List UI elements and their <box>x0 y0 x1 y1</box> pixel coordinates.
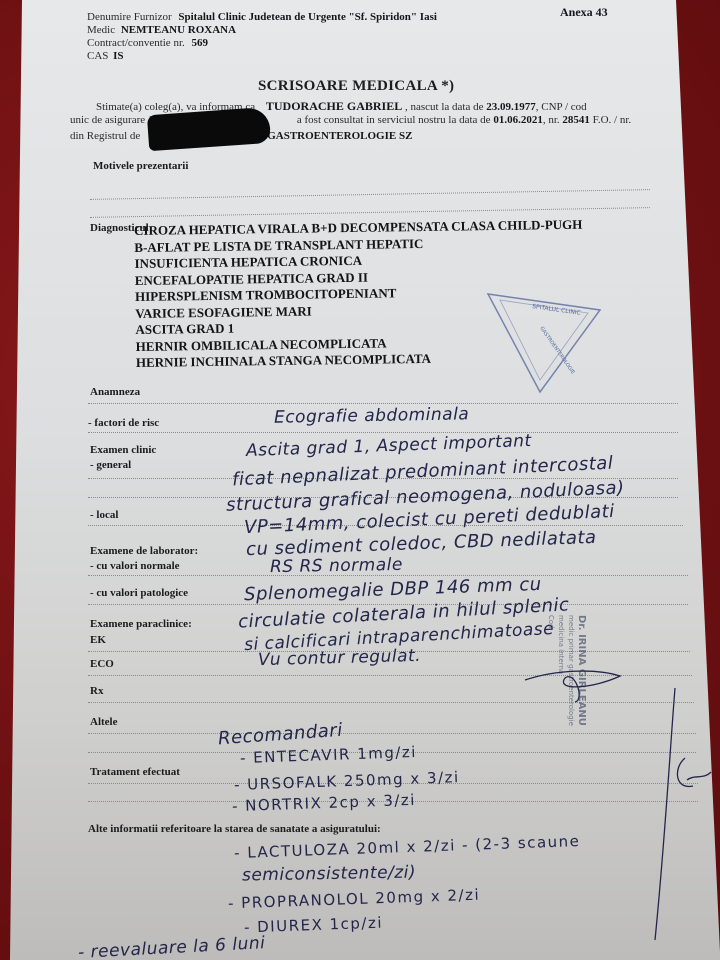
label-general: - general <box>90 459 131 471</box>
label-factori-risc: - factori de risc <box>88 417 159 429</box>
dotted-line <box>88 432 678 433</box>
dotted-line <box>90 189 650 200</box>
annex-label: Anexa 43 <box>560 5 608 20</box>
label-laborator: Examene de laborator: <box>90 545 198 557</box>
intro-text: din Registrul de <box>70 130 140 142</box>
label-rx: Rx <box>90 685 103 697</box>
document-title: SCRISOARE MEDICALA *) <box>258 78 454 95</box>
handwriting-ek: Vu contur regulat. <box>258 646 422 670</box>
handwriting-rx-2: - URSOFALK 250mg x 3/zi <box>234 768 460 794</box>
label-valori-normale: - cu valori normale <box>90 560 180 572</box>
label-motivele: Motivele prezentarii <box>93 160 188 172</box>
handwriting-rx-7: - reevaluare la 6 luni <box>78 933 266 960</box>
handwriting-rx-5: - PROPRANOLOL 20mg x 2/zi <box>228 886 481 913</box>
label-local: - local <box>90 509 118 521</box>
redaction-mark <box>147 107 271 151</box>
dotted-line <box>88 403 678 404</box>
intro-text: , CNP / cod <box>536 101 587 113</box>
label-altele: Altele <box>90 716 117 728</box>
intro-text: a fost consultat in serviciul nostru la … <box>297 114 491 126</box>
department: I - GASTROENTEROLOGIE SZ <box>254 130 413 142</box>
handwriting-rx-1: - ENTECAVIR 1mg/zi <box>240 743 417 767</box>
intro-text: , nascut la data de <box>405 101 484 113</box>
label-alte-informatii: Alte informatii referitoare la starea de… <box>88 823 381 835</box>
doctor-line: Medic NEMTEANU ROXANA <box>87 24 236 36</box>
provider-label: Denumire Furnizor <box>87 11 172 23</box>
provider-name: Spitalul Clinic Judetean de Urgente "Sf.… <box>178 11 437 23</box>
svg-text:SPITALUL CLINIC: SPITALUL CLINIC <box>532 303 581 317</box>
contract-label: Contract/conventie nr. <box>87 37 185 49</box>
label-paraclinice: Examene paraclinice: <box>90 618 192 630</box>
label-examen-clinic: Examen clinic <box>90 444 156 456</box>
handwriting-rx-4b: semiconsistente/zi) <box>242 862 416 885</box>
intro-text: unic de asigurare 1 <box>70 114 153 126</box>
cas-line: CAS IS <box>87 50 124 62</box>
handwriting-normale: RS RS normale <box>270 555 403 577</box>
handwriting-factori: Ecografie abdominala <box>274 404 470 427</box>
intro-text: , nr. <box>543 114 560 126</box>
label-eco: ECO <box>90 658 114 670</box>
cas-value: IS <box>113 50 123 62</box>
cas-label: CAS <box>87 50 108 62</box>
fo-number: 28541 <box>562 114 590 126</box>
contract-number: 569 <box>192 37 209 49</box>
patient-name: TUDORACHE GABRIEL <box>266 99 402 113</box>
intro-text: F.O. / nr. <box>593 114 632 126</box>
signature-icon <box>515 640 715 960</box>
label-ek: EK <box>90 634 106 646</box>
dotted-line <box>88 575 688 576</box>
doctor-label: Medic <box>87 24 115 36</box>
handwriting-rx-3: - NORTRIX 2cp x 3/zi <box>232 791 416 815</box>
provider-line: Denumire Furnizor Spitalul Clinic Judete… <box>87 11 437 23</box>
medical-letter-page: Denumire Furnizor Spitalul Clinic Judete… <box>0 0 720 960</box>
hospital-stamp-icon: SPITALUL CLINIC GASTROENTEROLOGIE <box>484 288 604 398</box>
contract-line: Contract/conventie nr. 569 <box>87 37 208 49</box>
label-valori-patologice: - cu valori patologice <box>90 587 188 599</box>
consult-date: 01.06.2021 <box>493 114 543 126</box>
label-tratament: Tratament efectuat <box>90 766 180 778</box>
label-anamneza: Anamneza <box>90 386 140 398</box>
handwriting-clinic-1: Ascita grad 1, Aspect important <box>246 431 532 461</box>
intro-line-1: Stimate(a) coleg(a), va informam ca TUDO… <box>96 99 587 114</box>
birth-date: 23.09.1977 <box>486 101 536 113</box>
handwriting-altele: Recomandari <box>217 720 343 750</box>
doctor-name: NEMTEANU ROXANA <box>121 24 236 36</box>
